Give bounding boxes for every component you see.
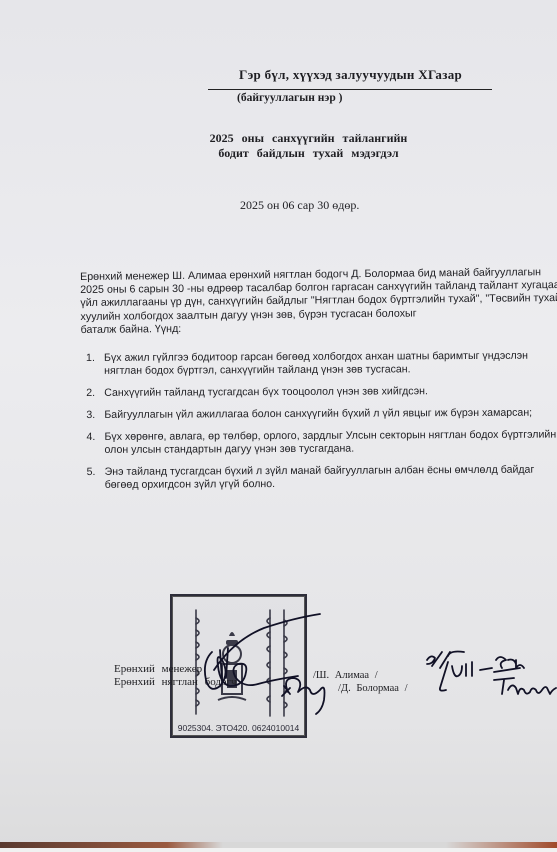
item-number: 1. [86, 352, 95, 365]
item-text: бөгөөд орхигдсон зүйл үгүй болно. [105, 477, 549, 492]
list-item: 2. Санхүүгийн тайланд тусгагдсан бүх тоо… [88, 385, 548, 400]
organization-caption: (байгууллагын нэр ) [237, 92, 342, 104]
document-page: Гэр бүл, хүүхэд залуучуудын ХГазар (байг… [0, 0, 557, 848]
accountant-name: /Д. Болормаа / [338, 683, 408, 694]
item-text: Бүх ажил гүйлгээ бодитоор гарсан бөгөөд … [104, 350, 548, 365]
item-text: нягтлан бодох бүртгэл, санхүүгийн тайлан… [104, 363, 548, 378]
item-text: Санхүүгийн тайланд тусгагдсан бүх тооцоо… [104, 385, 548, 400]
list-item: 4. Бүх хөрөнгө, авлага, өр төлбөр, орлог… [88, 429, 548, 457]
stamp-code: 9025304. ЭТО420. 0624010014 [172, 723, 305, 733]
item-text: олон улсын стандартын дагуу үнэн зөв тус… [104, 442, 548, 457]
list-item: 1. Бүх ажил гүйлгээ бодитоор гарсан бөгө… [88, 350, 548, 378]
item-number: 4. [86, 431, 95, 444]
intro-paragraph: Ерөнхий менежер Ш. Алимаа ерөнхий нягтла… [80, 266, 557, 337]
document-title-line1: 2025 оны санхүүгийн тайлангийн [30, 131, 557, 146]
item-text: Байгууллагын үйл ажиллагаа болон санхүүг… [104, 407, 548, 422]
item-number: 3. [86, 409, 95, 422]
accountant-title: Ерөнхий нягтлан бодогч [114, 676, 237, 688]
list-item: 3. Байгууллагын үйл ажиллагаа болон санх… [88, 407, 548, 422]
manager-title: Ерөнхий менежер [114, 663, 202, 675]
organization-name: Гэр бүл, хүүхэд залуучуудын ХГазар [239, 67, 462, 83]
list-item: 5. Энэ тайланд тусгагдсан бүхий л зүйл м… [89, 464, 549, 492]
statement-list: 1. Бүх ажил гүйлгээ бодитоор гарсан бөгө… [88, 350, 549, 501]
item-number: 5. [87, 466, 96, 479]
organization-underline [208, 89, 492, 90]
item-text: Энэ тайланд тусгагдсан бүхий л зүйл мана… [105, 464, 549, 479]
manager-name: /Ш. Алимаа / [313, 670, 378, 681]
item-text: Бүх хөрөнгө, авлага, өр төлбөр, орлого, … [104, 429, 548, 444]
item-number: 2. [86, 387, 95, 400]
document-date: 2025 он 06 сар 30 өдөр. [240, 198, 359, 213]
document-title-line2: бодит байдлын тухай мэдэгдэл [30, 146, 557, 161]
